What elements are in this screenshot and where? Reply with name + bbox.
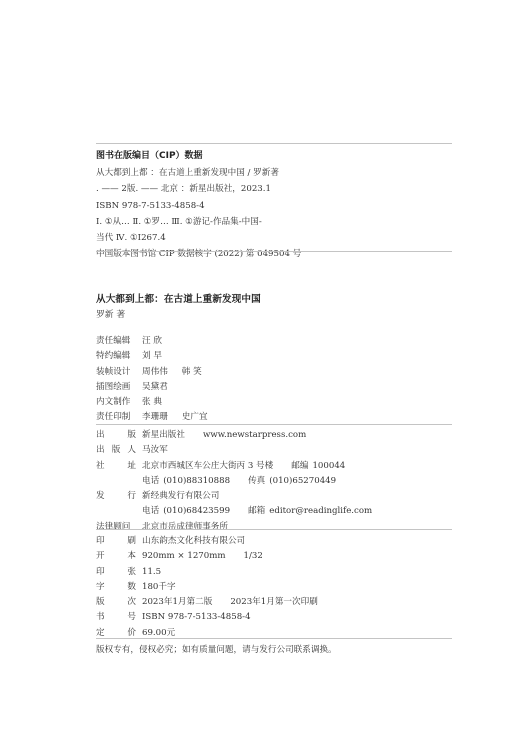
credit-row: 内文制作 张 典 (96, 395, 452, 410)
row-label: 印张 (96, 565, 136, 580)
edition-row: 版次 2023年1月第二版 2023年1月第一次印刷 (96, 595, 452, 610)
postcode-label: 邮编 (291, 459, 308, 474)
divider-credits (96, 424, 452, 425)
divider-publication (96, 529, 452, 530)
row-label: 书号 (96, 610, 136, 625)
book-info: 从大都到上都：在古道上重新发现中国 罗新 著 (96, 291, 452, 323)
phone-label: 电话 (142, 504, 159, 519)
publisher-website: www.newstarpress.com (203, 428, 306, 443)
credit-name: 汪 欣 (142, 334, 162, 349)
words-value: 180千字 (142, 580, 176, 595)
print-specs: 印刷 山东韵杰文化科技有限公司 开本 920mm × 1270mm 1/32 印… (96, 534, 452, 641)
credit-role: 内文制作 (96, 395, 142, 410)
distributor-name: 新经典发行有限公司 (142, 489, 219, 504)
format-row: 开本 920mm × 1270mm 1/32 (96, 549, 452, 564)
publisher-name: 新星出版社 (142, 428, 185, 443)
printing-value: 2023年1月第一次印刷 (230, 595, 318, 610)
credit-role: 插图绘画 (96, 380, 142, 395)
divider-cip (96, 251, 452, 252)
cip-line: 中国版本图书馆 CIP 数据核字 (2022) 第 049504 号 (96, 246, 452, 262)
fax-value: (010)65270449 (269, 474, 336, 489)
row-label: 版次 (96, 595, 136, 610)
email-label: 邮箱 (248, 504, 265, 519)
address-row: 社址 北京市西城区车公庄大街丙 3 号楼 邮编 100044 (96, 459, 452, 474)
publisher-person-name: 马汝军 (142, 443, 168, 458)
words-row: 字数 180千字 (96, 580, 452, 595)
credit-row: 插图绘画 吴黛君 (96, 380, 452, 395)
credit-row: 特约编辑 刘 早 (96, 349, 452, 364)
row-label: 出版人 (96, 443, 136, 458)
credit-name: 张 典 (142, 395, 162, 410)
credits-list: 责任编辑 汪 欣 特约编辑 刘 早 装帧设计 周伟伟 韩 笑 插图绘画 吴黛君 … (96, 334, 452, 426)
phone-value: (010)68423599 (163, 504, 230, 519)
cip-data-block: 图书在版编目（CIP）数据 从大都到上都 ：在古道上重新发现中国 / 罗新著 .… (96, 148, 452, 263)
divider-specs (96, 638, 452, 639)
isbn-row: 书号 ISBN 978-7-5133-4858-4 (96, 610, 452, 625)
format-value: 920mm × 1270mm (142, 549, 226, 564)
credit-row: 装帧设计 周伟伟 韩 笑 (96, 365, 452, 380)
credit-role: 特约编辑 (96, 349, 142, 364)
printer-row: 印刷 山东韵杰文化科技有限公司 (96, 534, 452, 549)
publisher-person-row: 出版人 马汝军 (96, 443, 452, 458)
row-label: 印刷 (96, 534, 136, 549)
publisher-row: 出版 新星出版社 www.newstarpress.com (96, 428, 452, 443)
book-author: 罗新 著 (96, 308, 452, 323)
publication-info: 出版 新星出版社 www.newstarpress.com 出版人 马汝军 社址… (96, 428, 452, 535)
sheets-row: 印张 11.5 (96, 565, 452, 580)
credit-name: 韩 笑 (182, 365, 202, 380)
row-label: 开本 (96, 549, 136, 564)
row-label: 社址 (96, 459, 136, 474)
postcode-value: 100044 (312, 459, 345, 474)
divider-top (96, 143, 452, 144)
distributor-contact-row: 电话 (010)68423599 邮箱 editor@readinglife.c… (96, 504, 452, 519)
distributor-row: 发行 新经典发行有限公司 (96, 489, 452, 504)
credit-role: 装帧设计 (96, 365, 142, 380)
row-label: 字数 (96, 580, 136, 595)
row-label: 发行 (96, 489, 136, 504)
credit-name: 吴黛君 (142, 380, 168, 395)
publisher-phone-row: 电话 (010)88310888 传真 (010)65270449 (96, 474, 452, 489)
address-value: 北京市西城区车公庄大街丙 3 号楼 (142, 459, 273, 474)
phone-value: (010)88310888 (163, 474, 230, 489)
cip-heading: 图书在版编目（CIP）数据 (96, 148, 452, 165)
cip-line: Ⅰ. ①从… Ⅱ. ①罗… Ⅲ. ①游记-作品集-中国- (96, 214, 452, 230)
credit-row: 责任编辑 汪 欣 (96, 334, 452, 349)
sheets-value: 11.5 (142, 565, 161, 580)
fax-label: 传真 (248, 474, 265, 489)
printer-value: 山东韵杰文化科技有限公司 (142, 534, 245, 549)
cip-line: 从大都到上都 ：在古道上重新发现中国 / 罗新著 (96, 165, 452, 181)
cip-line: ISBN 978-7-5133-4858-4 (96, 198, 452, 214)
email-value: editor@readinglife.com (269, 504, 372, 519)
credit-role: 责任编辑 (96, 334, 142, 349)
credit-name: 周伟伟 (142, 365, 168, 380)
edition-value: 2023年1月第二版 (142, 595, 212, 610)
isbn-value: ISBN 978-7-5133-4858-4 (142, 610, 251, 625)
credit-name: 刘 早 (142, 349, 162, 364)
copyright-notice: 版权专有，侵权必究；如有质量问题，请与发行公司联系调换。 (96, 643, 337, 657)
legal-row: 法律顾问 北京市岳成律师事务所 (96, 520, 452, 535)
legal-counsel: 北京市岳成律师事务所 (142, 520, 228, 535)
phone-label: 电话 (142, 474, 159, 489)
row-label: 出版 (96, 428, 136, 443)
format-extra: 1/32 (244, 549, 263, 564)
row-label: 法律顾问 (96, 520, 142, 535)
cip-line: 当代 Ⅳ. ①I267.4 (96, 230, 452, 246)
cip-line: . —— 2版. —— 北京 ：新星出版社，2023.1 (96, 181, 452, 197)
book-title: 从大都到上都：在古道上重新发现中国 (96, 291, 452, 308)
